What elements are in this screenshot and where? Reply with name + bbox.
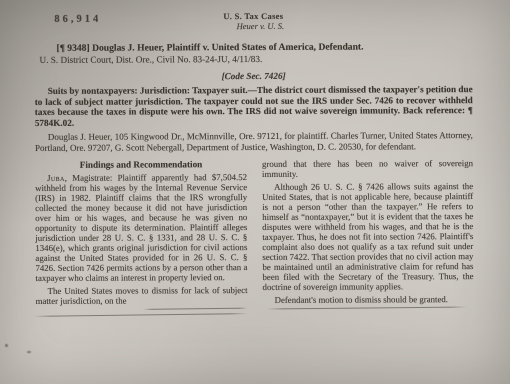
right-column: ground that there has been no waiver of …	[262, 158, 474, 315]
left-column: Findings and Recommendation Juba, Magist…	[35, 159, 248, 316]
paper-speck	[27, 351, 31, 353]
opinion-paragraph: Defendant's motion to dismiss should be …	[263, 294, 474, 305]
opinion-paragraph: Although 26 U. S. C. § 7426 allows suits…	[262, 181, 473, 292]
running-case-name: Heuer v. U. S.	[34, 20, 472, 32]
clipping-edge-line	[267, 307, 467, 310]
opinion-paragraph: The United States moves to dismiss for l…	[36, 285, 248, 306]
opinion-columns: Findings and Recommendation Juba, Magist…	[35, 158, 474, 316]
counsel-paragraph: Douglas J. Heuer, 105 Kingwood Dr., McMi…	[35, 130, 473, 154]
running-head: U. S. Tax Cases Heuer v. U. S.	[34, 10, 472, 32]
clipping-edge-line	[144, 308, 248, 310]
page-header: 86,914 U. S. Tax Cases Heuer v. U. S.	[34, 10, 472, 36]
scanned-page-photo: 86,914 U. S. Tax Cases Heuer v. U. S. [¶…	[0, 0, 510, 384]
opinion-paragraph: Juba, Magistrate: Plaintiff apparently h…	[35, 172, 247, 283]
findings-heading: Findings and Recommendation	[35, 159, 247, 170]
magistrate-name: Juba	[47, 173, 65, 183]
magistrate-role: , Magistrate:	[65, 173, 118, 183]
clipping-edge-line	[34, 313, 248, 317]
headnote-paragraph: Suits by nontaxpayers: Jurisdiction: Tax…	[35, 84, 473, 128]
code-section-line: [Code Sec. 7426]	[35, 70, 473, 82]
paper-speck	[5, 344, 8, 347]
court-line: U. S. District Court, Dist. Ore., Civil …	[35, 53, 473, 66]
page-content: 86,914 U. S. Tax Cases Heuer v. U. S. [¶…	[34, 10, 473, 316]
opinion-paragraph-text: Plaintiff apparently had $7,504.52 withh…	[35, 172, 247, 283]
opinion-paragraph: ground that there has been no waiver of …	[262, 158, 473, 179]
